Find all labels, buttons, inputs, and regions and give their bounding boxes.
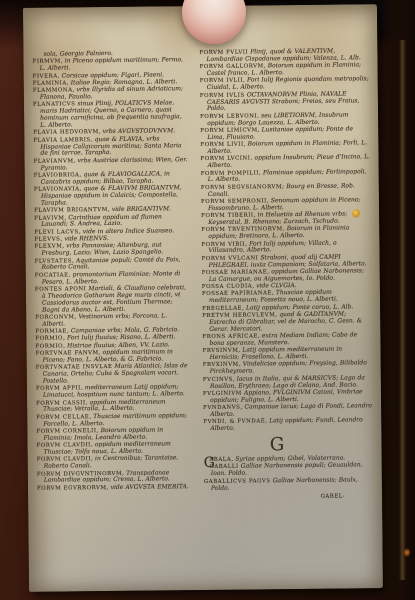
orange-mark <box>404 548 410 557</box>
entry-headword: FIVERA <box>33 73 58 79</box>
gold-stain-spot <box>352 209 360 218</box>
book-fore-edge <box>381 0 415 600</box>
g-section-entries: GABALA, Syriae oppidum; Gibel, Volaterra… <box>204 455 375 492</box>
entry-headword: FLAVIA HEDVORVM <box>33 129 98 136</box>
entry-headword: FORVM EGVRRORVM <box>37 485 107 492</box>
page-text-block: sola, Georgio Falniero.FIRMVM, in Piceno… <box>32 48 375 503</box>
entry-headword: FORMIO <box>35 343 63 349</box>
left-column: sola, Georgio Falniero.FIRMVM, in Piceno… <box>32 50 191 503</box>
index-entry: GABALLICVS PAGVS Galliae Narbonensis; Ba… <box>204 477 375 493</box>
entry-text: , vide CLVGIA. <box>252 282 296 289</box>
entry-headword: ABALA <box>209 457 231 463</box>
entry-headword: FORMIO <box>35 336 63 342</box>
page-stack-edge <box>399 40 406 580</box>
book-page: sola, Georgio Falniero.FIRMVM, in Piceno… <box>23 4 383 592</box>
index-entry: FONTES APONI Martiali, & Claudiano celeb… <box>35 285 189 314</box>
entry-headword: FLEVVS <box>34 237 60 243</box>
entry-text: , in Piceno oppidum maritimum; Fermo, L.… <box>40 56 183 71</box>
right-column-entries: FORVM FVLVII Plinij, quod & VALENTIVM, L… <box>199 48 374 433</box>
index-entry: FORTVNATAE INSVLAE Maris Atlantici; Isla… <box>36 363 190 385</box>
section-letter-g: G <box>203 436 350 456</box>
entry-text: , vide AVGVSTA EMERITA. <box>107 483 189 491</box>
index-entry: FLAVIONAVIA, quae & FLAVIVM BRIGANTVM, H… <box>34 185 188 207</box>
index-entry: FVNDI, & FVNDAE, Latij oppidum; Fundi, L… <box>203 417 374 433</box>
entry-text: , vrbs AVGVSTODVNVM. <box>99 128 176 136</box>
index-entry: FLAVIA LAMBRIS, quae & FLAVIA, vrbs Hisp… <box>33 136 187 158</box>
entry-text: , vide in altero Indice Suanseo. <box>79 227 174 235</box>
entry-headword: FOSSA CLODIA <box>202 284 252 291</box>
entry-headword: FLAMINIA <box>33 80 67 86</box>
catchword: GABEL- <box>204 494 375 502</box>
entry-headword: FREGELLAE <box>202 305 242 311</box>
entry-text: , lacus in Italia, qui & MARSICVS; Lago … <box>210 374 365 390</box>
photo-background: sola, Georgio Falniero.FIRMVM, in Piceno… <box>0 0 415 600</box>
index-entry: FORVM EGVRRORVM, vide AVGVSTA EMERITA. <box>37 484 191 493</box>
index-entry: FORVM IVLIS OCTAVANORVM Plinio, NAVALE C… <box>200 91 371 114</box>
right-column: FORVM FVLVII Plinij, quod & VALENTIVM, L… <box>199 48 375 501</box>
index-entry: FRETVM HERCVLEVM, quod & GADITANVM; Estr… <box>202 311 373 334</box>
index-entry: FLANATICVS sinus Plinij, POLATICVS Melae… <box>33 100 187 129</box>
